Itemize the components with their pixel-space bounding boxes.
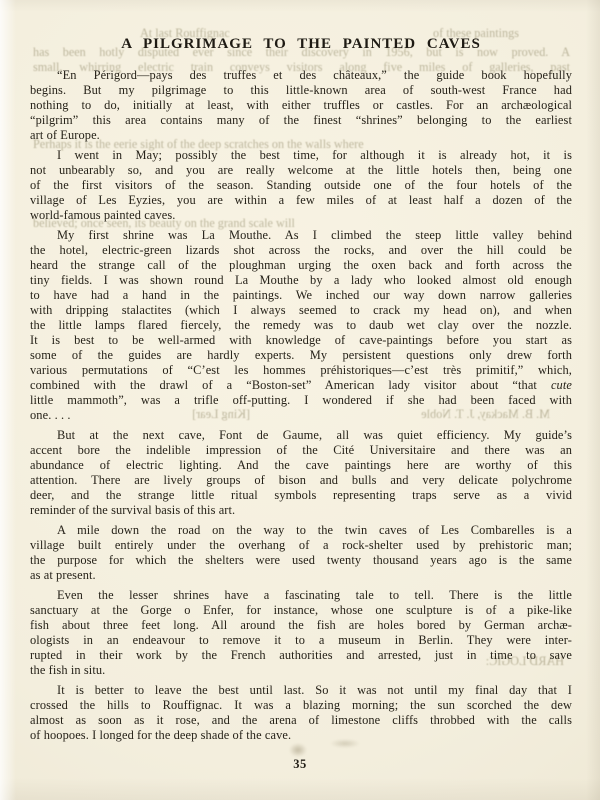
text-line: A mile down the road on the way to the t… [30, 523, 572, 538]
text-line: of hoopoes. I longed for the deep shade … [30, 728, 572, 743]
text-line: combined with the drawl of a “Boston-set… [30, 378, 572, 393]
text-line: deer, and the strange little ritual symb… [30, 488, 572, 503]
text-line: begins. But my pilgrimage to this little… [30, 83, 572, 98]
text-line: “pilgrim” this area contains many of the… [30, 113, 572, 128]
page-number: 35 [0, 757, 600, 772]
text-line: as at present. [30, 568, 572, 583]
text-line: ologists in an endeavour to remove it to… [30, 633, 572, 648]
paragraph: Even the lesser shrines have a fascinati… [30, 588, 572, 678]
text-line: the fish in situ. [30, 663, 572, 678]
paragraph: My first shrine was La Mouthe. As I clim… [30, 228, 572, 423]
text-line: art of Europe. [30, 128, 572, 143]
text-line: the purpose for which the shelters were … [30, 553, 572, 568]
text-line: village built entirely under the overhan… [30, 538, 572, 553]
text-line: various permutations of “C’est les homme… [30, 363, 572, 378]
text-line: heard the strange call of the ploughman … [30, 258, 572, 273]
text-line: It is best to be well-armed with knowled… [30, 333, 572, 348]
text-line: with dripping stalactites (which I alway… [30, 303, 572, 318]
paragraph: It is better to leave the best until las… [30, 683, 572, 743]
text-line: world-famous painted caves. [30, 208, 572, 223]
text-line: some of the guides are hardly experts. M… [30, 348, 572, 363]
text-line: My first shrine was La Mouthe. As I clim… [30, 228, 572, 243]
paragraph: “En Périgord—pays des truffes et des châ… [30, 68, 572, 143]
text-line: “En Périgord—pays des truffes et des châ… [30, 68, 572, 83]
text-line: But at the next cave, Font de Gaume, all… [30, 428, 572, 443]
text-line: of the first visitors of the season. Sta… [30, 178, 572, 193]
text-line: not unbearably so, and you are really we… [30, 163, 572, 178]
text-line: almost as soon as it rose, and the arena… [30, 713, 572, 728]
text-line: tiny fields. I was shown round La Mouthe… [30, 273, 572, 288]
text-line: nothing to do, initially at least, with … [30, 98, 572, 113]
text-line: crossed the hills to Rouffignac. It was … [30, 698, 572, 713]
text-line: Even the lesser shrines have a fascinati… [30, 588, 572, 603]
text-line: little mammoth”, was a trifle off-puttin… [30, 393, 572, 408]
text-line: the little lamps flared fiercely, the re… [30, 318, 572, 333]
text-line: reminder of the survival basis of this a… [30, 503, 572, 518]
paragraph: I went in May; possibly the best time, f… [30, 148, 572, 223]
paragraph: A mile down the road on the way to the t… [30, 523, 572, 583]
text-line: the hotel, electric-green lizards shot a… [30, 243, 572, 258]
text-line: fish about three feet long. All around t… [30, 618, 572, 633]
ink-smudge [289, 743, 307, 757]
scanned-book-page: At last Rouffignacof these paintingshas … [0, 0, 600, 800]
text-line: to have had a hand in the paintings. We … [30, 288, 572, 303]
text-line: village of Les Eyzies, you are within a … [30, 193, 572, 208]
paragraph: But at the next cave, Font de Gaume, all… [30, 428, 572, 518]
text-line: accent bore the indelible impression of … [30, 443, 572, 458]
text-line: attention. There are lively groups of bi… [30, 473, 572, 488]
text-line: one. . . . [30, 408, 572, 423]
ink-smudge [330, 739, 360, 748]
article-title: A PILGRIMAGE TO THE PAINTED CAVES [30, 36, 572, 53]
text-line: I went in May; possibly the best time, f… [30, 148, 572, 163]
text-line: It is better to leave the best until las… [30, 683, 572, 698]
text-line: rupted in their work by the French autho… [30, 648, 572, 663]
article-body: “En Périgord—pays des truffes et des châ… [30, 68, 572, 748]
text-line: sanctuary at the Gorge o Enfer, for inst… [30, 603, 572, 618]
text-line: abundance of electric lighting. And the … [30, 458, 572, 473]
